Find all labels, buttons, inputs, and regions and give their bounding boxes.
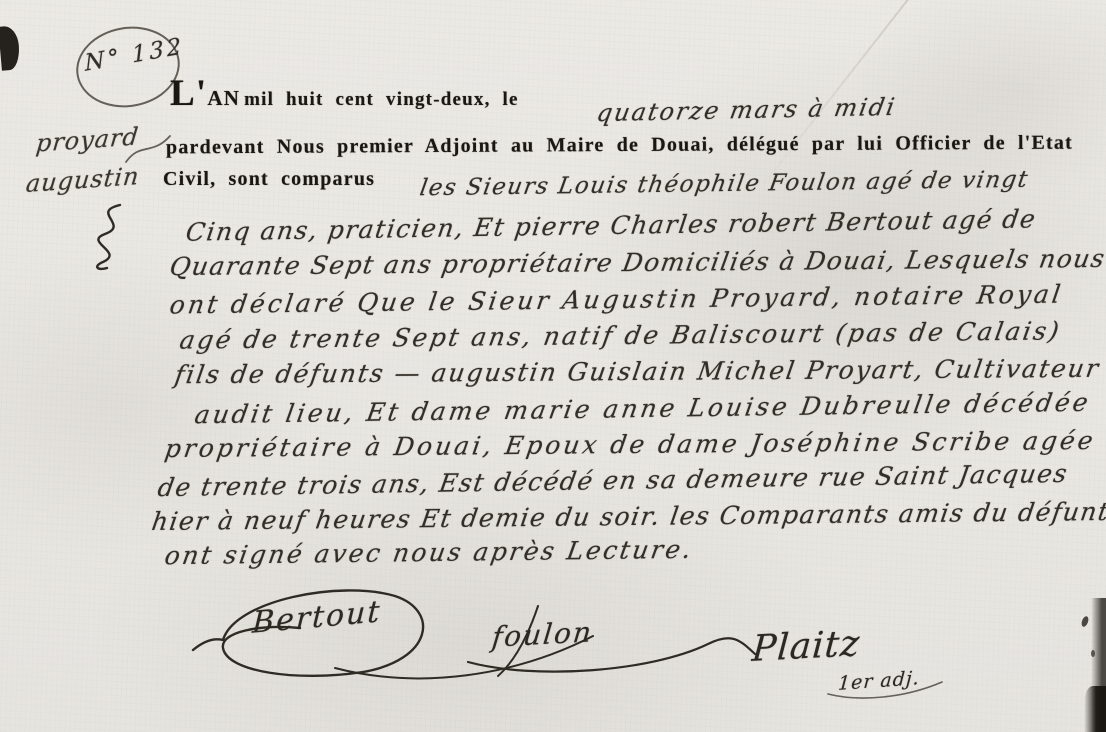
printed-civil-line: Civil, sont comparus bbox=[163, 168, 375, 191]
margin-flourish bbox=[75, 200, 145, 275]
signature-witness2: foulon bbox=[490, 615, 594, 654]
printed-officiant-line: pardevant Nous premier Adjoint au Maire … bbox=[166, 132, 1073, 160]
act-body-line: ont déclaré Que le Sieur Augustin Proyar… bbox=[168, 280, 1065, 320]
act-body-line: hier à neuf heures Et demie du soir. les… bbox=[150, 497, 1106, 536]
scan-corner-shadow bbox=[1084, 686, 1106, 732]
ink-speck bbox=[1091, 650, 1095, 657]
printed-opening-line: L'AN mil huit cent vingt-deux, le bbox=[170, 84, 519, 111]
handwritten-comparution: les Sieurs Louis théophile Foulon agé de… bbox=[418, 167, 1031, 202]
scan-edge-mark bbox=[0, 25, 21, 70]
act-body-line: ont signé avec nous après Lecture. bbox=[163, 535, 696, 571]
act-body-line: fils de défunts — augustin Guislain Mich… bbox=[173, 354, 1102, 389]
printed-lan-word: L'AN bbox=[170, 84, 240, 111]
ink-speck bbox=[1080, 615, 1089, 627]
death-record-scan: N° 132 proyard augustin L'AN mil huit ce… bbox=[0, 0, 1106, 732]
act-body-line: propriétaire à Douai, Epoux de dame José… bbox=[163, 426, 1098, 463]
handwritten-date: quatorze mars à midi bbox=[595, 93, 899, 127]
act-body-line: agé de trente Sept ans, natif de Balisco… bbox=[178, 316, 1064, 354]
act-body-line: audit lieu, Et dame marie anne Louise Du… bbox=[193, 388, 1093, 430]
act-body-line: de trente trois ans, Est décédé en sa de… bbox=[156, 459, 1071, 502]
signature-official: Plaitz bbox=[751, 623, 862, 670]
act-body-line: Quarante Sept ans propriétaire Domicilié… bbox=[168, 244, 1106, 281]
act-body-line: Cinq ans, praticien, Et pierre Charles r… bbox=[184, 204, 1038, 246]
signature-flourish-foulon bbox=[440, 600, 760, 680]
printed-year-phrase: mil huit cent vingt-deux, le bbox=[244, 89, 519, 110]
signature-flourish-official bbox=[820, 668, 950, 704]
